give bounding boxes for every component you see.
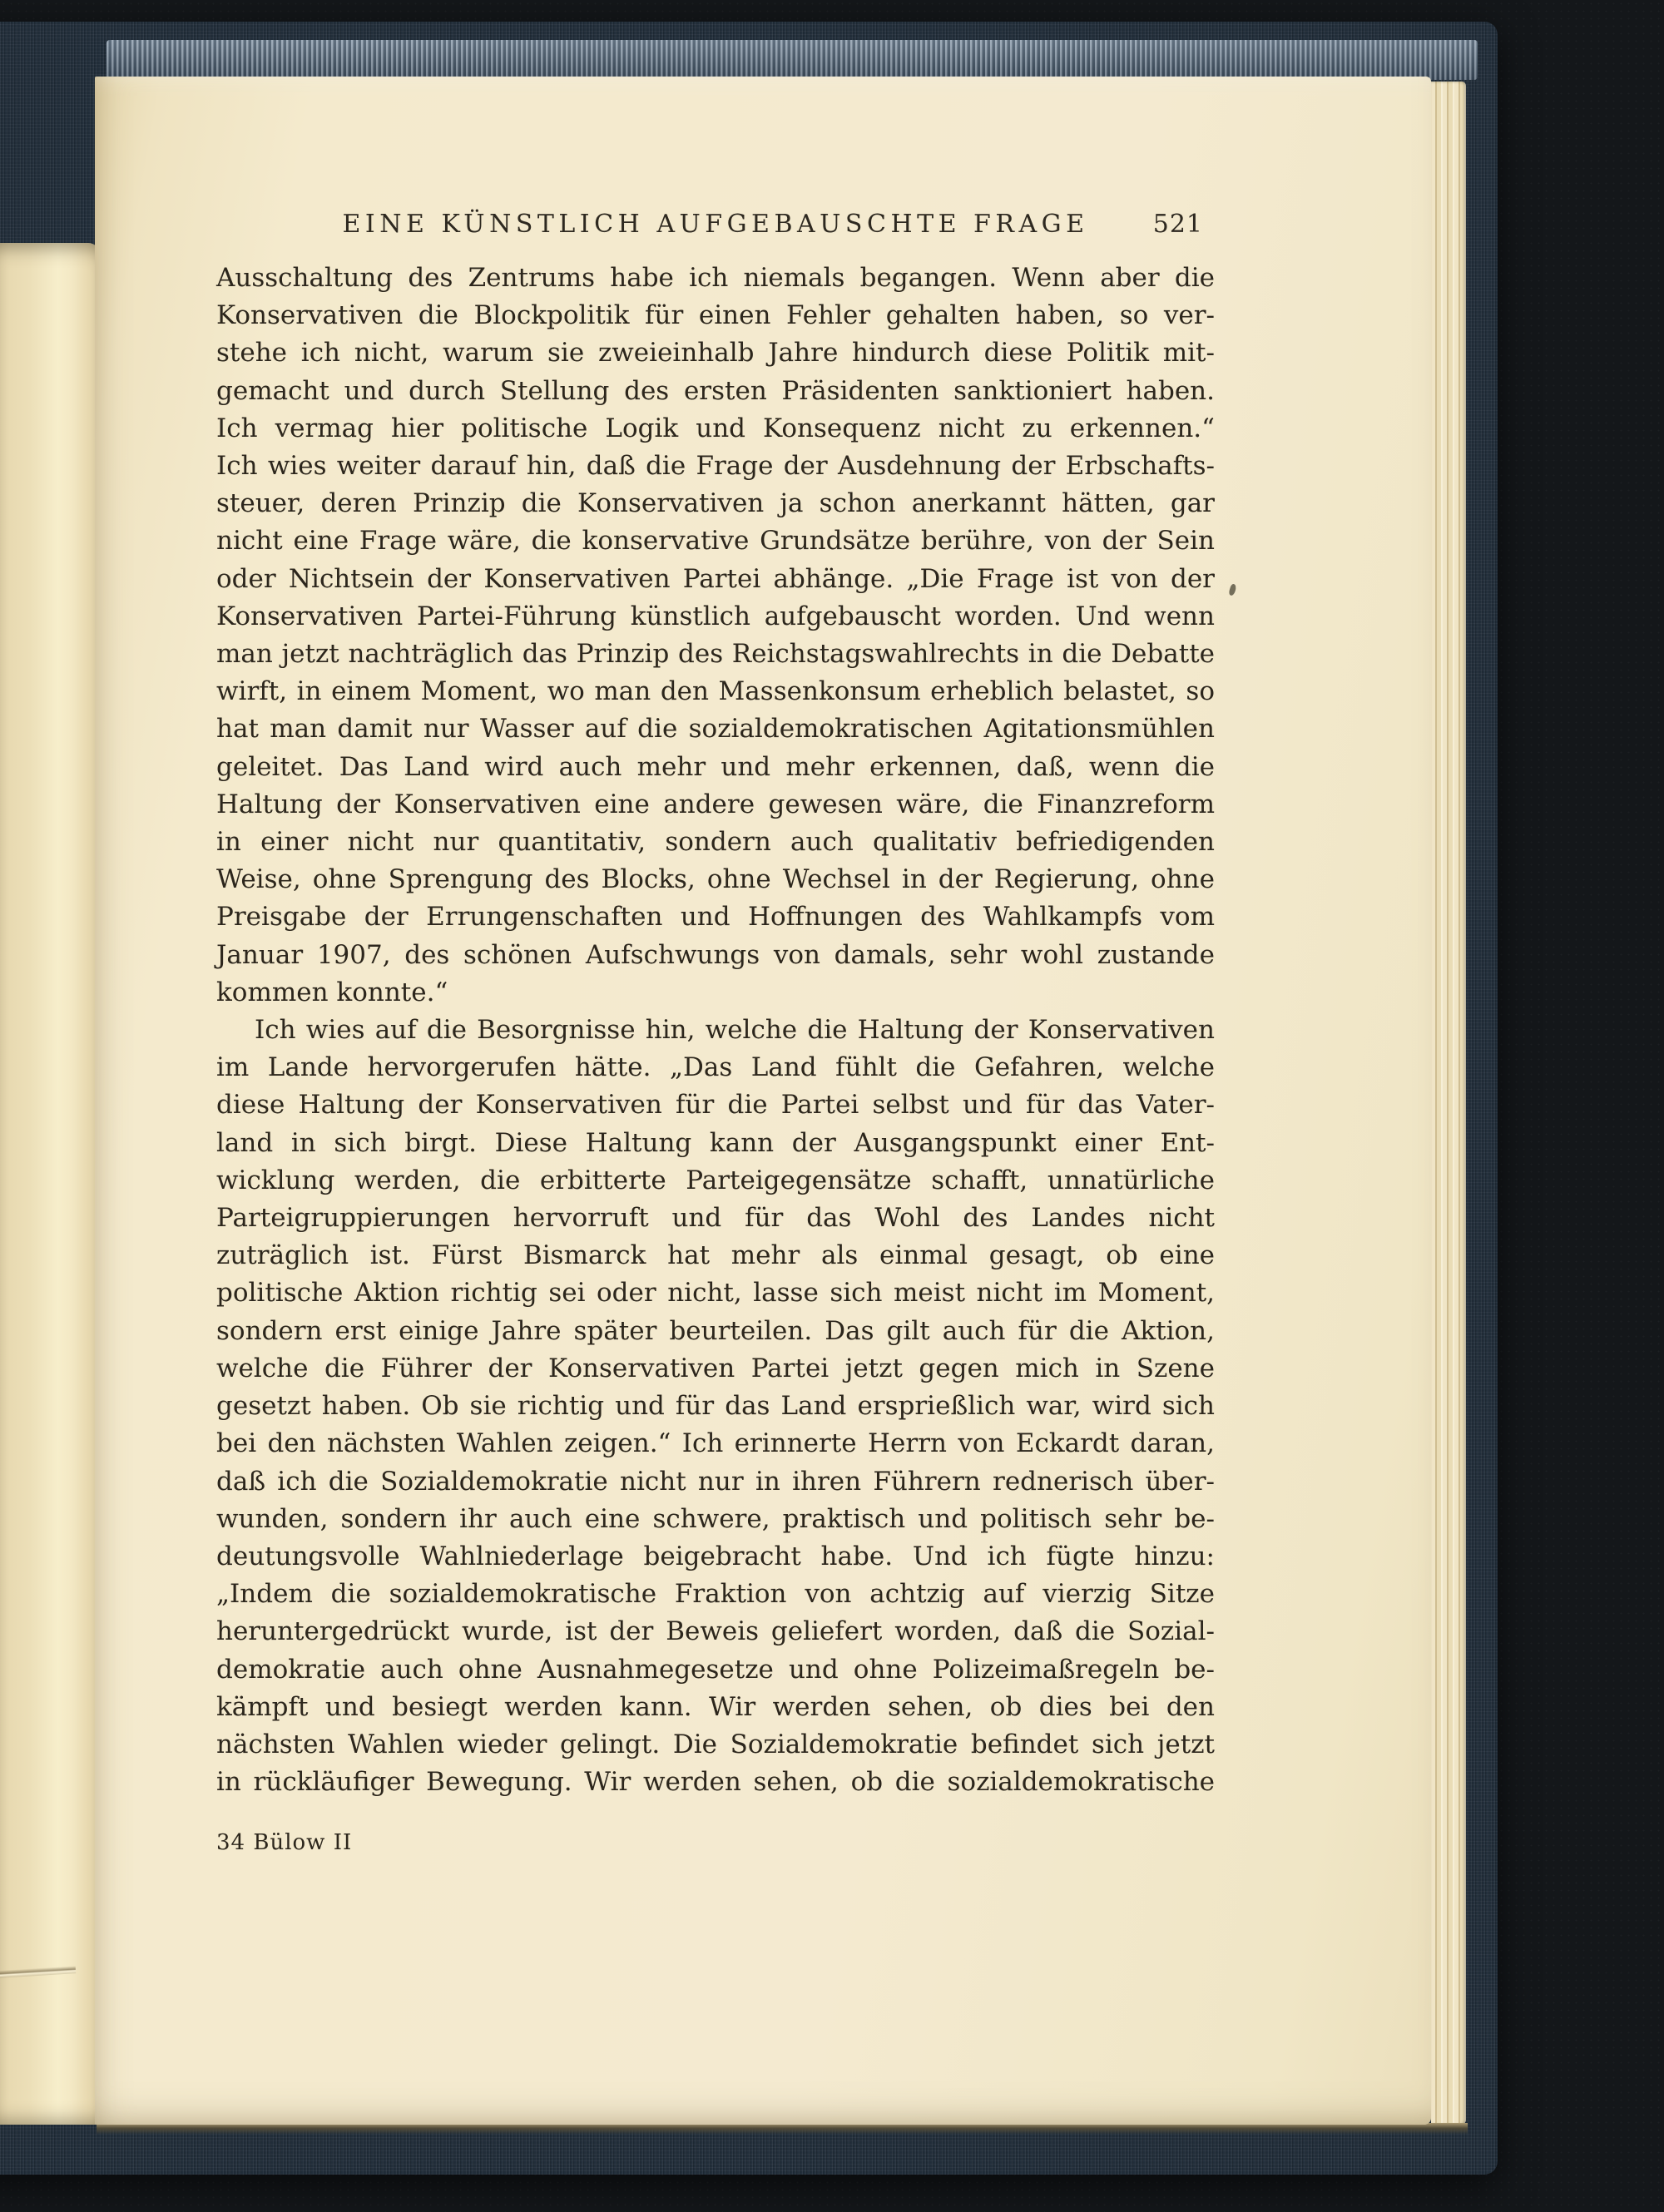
- text-line: Preisgabe der Errungenschaften und Hoffn…: [216, 898, 1215, 936]
- text-line: stehe ich nicht, warum sie zweieinhalb J…: [216, 334, 1215, 372]
- text-line: gemacht und durch Stellung des ersten Pr…: [216, 373, 1215, 410]
- text-line: welche die Führer der Konservativen Part…: [216, 1350, 1215, 1388]
- text-line: sondern erst einige Jahre später beurtei…: [216, 1313, 1215, 1350]
- text-line: in einer nicht nur quantitativ, sondern …: [216, 824, 1215, 861]
- text-line: deutungsvolle Wahlniederlage beigebracht…: [216, 1538, 1215, 1576]
- text-line: steuer, deren Prinzip die Konservativen …: [216, 485, 1215, 522]
- text-line: Konservativen Partei-Führung künstlich a…: [216, 598, 1215, 636]
- text-line: daß ich die Sozialdemokratie nicht nur i…: [216, 1463, 1215, 1501]
- text-line: Ausschaltung des Zentrums habe ich niema…: [216, 260, 1215, 297]
- text-line: kämpft und besiegt werden kann. Wir werd…: [216, 1689, 1215, 1726]
- signature-mark: 34 Bülow II: [216, 1830, 352, 1855]
- text-line: geleitet. Das Land wird auch mehr und me…: [216, 749, 1215, 786]
- book-page: EINE KÜNSTLICH AUFGEBAUSCHTE FRAGE 521 A…: [95, 77, 1431, 2125]
- text-line: wirft, in einem Moment, wo man den Masse…: [216, 673, 1215, 710]
- text-line: „Indem die sozialdemokratische Fraktion …: [216, 1576, 1215, 1613]
- text-line: in rückläufiger Bewegung. Wir werden seh…: [216, 1764, 1215, 1801]
- page-body: Ausschaltung des Zentrums habe ich niema…: [216, 260, 1215, 1801]
- text-line: nächsten Wahlen wieder gelingt. Die Sozi…: [216, 1726, 1215, 1764]
- paper-speck: [1228, 583, 1237, 596]
- text-line: wunden, sondern ihr auch eine schwere, p…: [216, 1501, 1215, 1538]
- right-sheet-edges: [1431, 82, 1466, 2125]
- text-line: zuträglich ist. Fürst Bismarck hat mehr …: [216, 1237, 1215, 1274]
- text-line: Haltung der Konservativen eine andere ge…: [216, 786, 1215, 824]
- photo-background: EINE KÜNSTLICH AUFGEBAUSCHTE FRAGE 521 A…: [0, 0, 1664, 2212]
- running-title: EINE KÜNSTLICH AUFGEBAUSCHTE FRAGE: [216, 210, 1215, 239]
- text-line: demokratie auch ohne Ausnahmegesetze und…: [216, 1651, 1215, 1689]
- text-line: gesetzt haben. Ob sie richtig und für da…: [216, 1388, 1215, 1425]
- text-line: oder Nichtsein der Konservativen Partei …: [216, 561, 1215, 598]
- book-headband: [106, 40, 1478, 80]
- text-line: diese Haltung der Konservativen für die …: [216, 1086, 1215, 1124]
- text-line: bei den nächsten Wahlen zeigen.“ Ich eri…: [216, 1425, 1215, 1462]
- text-line: hat man damit nur Wasser auf die soziald…: [216, 710, 1215, 748]
- text-line: Weise, ohne Sprengung des Blocks, ohne W…: [216, 861, 1215, 898]
- text-line: Konservativen die Blockpolitik für einen…: [216, 297, 1215, 334]
- running-head: EINE KÜNSTLICH AUFGEBAUSCHTE FRAGE 521: [216, 210, 1215, 243]
- page-number: 521: [1153, 210, 1203, 239]
- text-line: man jetzt nachträglich das Prinzip des R…: [216, 636, 1215, 673]
- text-line: im Lande hervorgerufen hätte. „Das Land …: [216, 1049, 1215, 1086]
- text-line: Ich vermag hier politische Logik und Kon…: [216, 410, 1215, 448]
- text-line: nicht eine Frage wäre, die konservative …: [216, 522, 1215, 560]
- text-line: heruntergedrückt wurde, ist der Beweis g…: [216, 1613, 1215, 1650]
- page-bottom-shadow: [97, 2123, 1468, 2135]
- page-tear: [0, 1966, 76, 1978]
- text-line: Parteigruppierungen hervorruft und für d…: [216, 1200, 1215, 1237]
- text-line: Ich wies auf die Besorgnisse hin, welche…: [216, 1012, 1215, 1049]
- text-line: Januar 1907, des schönen Aufschwungs von…: [216, 937, 1215, 974]
- left-page-gutter-edge: [0, 243, 100, 2125]
- text-line: kommen konnte.“: [216, 974, 1215, 1012]
- text-line: wicklung werden, die erbitterte Parteige…: [216, 1162, 1215, 1200]
- text-line: politische Aktion richtig sei oder nicht…: [216, 1274, 1215, 1312]
- text-line: land in sich birgt. Diese Haltung kann d…: [216, 1125, 1215, 1162]
- text-line: Ich wies weiter darauf hin, daß die Frag…: [216, 448, 1215, 485]
